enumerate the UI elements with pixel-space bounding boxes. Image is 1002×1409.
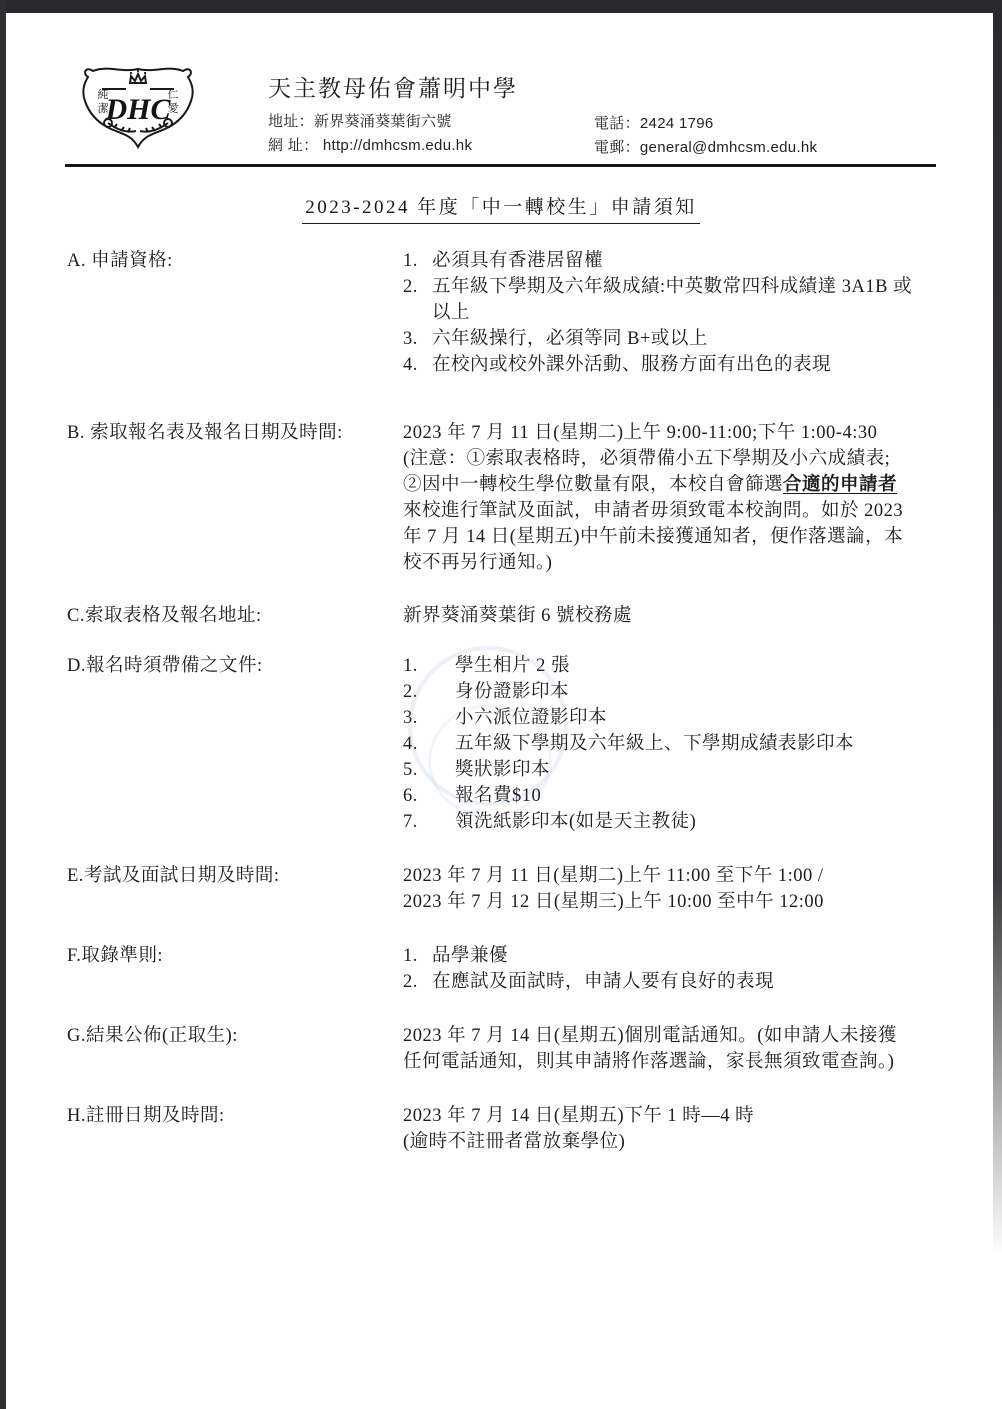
section-E-content: 2023 年 7 月 11 日(星期二)上午 11:00 至下午 1:00 /2… [403,863,952,915]
address-line: 地址：新界葵涌葵葉街六號 [268,110,452,131]
section-C-label: C.索取表格及報名地址: [67,603,403,629]
text-row: 1.必須具有香港居留權 [403,248,952,274]
text-row: 2023 年 7 月 11 日(星期二)上午 11:00 至下午 1:00 / [403,863,952,889]
section-D-label: D.報名時須帶備之文件: [67,653,403,679]
list-number: 2. [403,969,432,995]
list-number: 5. [403,757,455,783]
section-H: H.註冊日期及時間:2023 年 7 月 14 日(星期五)下午 1 時—4 時… [67,1103,952,1155]
text-segment: 報名費$10 [455,783,541,809]
list-number: 1. [403,943,432,969]
text-row: ②因中一轉校生學位數量有限，本校自會篩選合適的申請者 [403,472,952,498]
list-number: 2. [403,679,455,705]
text-row: 2.身份證影印本 [403,679,952,705]
section-G-content: 2023 年 7 月 14 日(星期五)個別電話通知。(如申請人未接獲任何電話通… [403,1023,952,1075]
crest-motto-right-top: 仁 [168,88,179,101]
text-segment: 在校內或校外課外活動、服務方面有出色的表現 [432,352,831,378]
email-line: 電郵：general@dmhcsm.edu.hk [594,136,817,157]
text-row: 6.報名費$10 [403,783,952,809]
text-row: 任何電話通知，則其申請將作落選論，家長無須致電查詢。) [403,1049,952,1075]
text-segment: 任何電話通知，則其申請將作落選論，家長無須致電查詢。) [403,1049,894,1075]
text-segment: 品學兼優 [432,943,508,969]
email-label: 電郵： [594,139,640,156]
email-value: general@dmhcsm.edu.hk [640,139,817,156]
list-number: 2. [403,274,432,300]
crest-motto-right-bottom: 愛 [168,102,179,115]
phone-label: 電話： [594,115,640,132]
document-title-text: 2023-2024 年度「中一轉校生」申請須知 [302,192,700,224]
crest-motto-left-top: 純 [98,87,109,101]
list-number: 3. [403,326,432,352]
crest-motto-left-bottom: 潔 [98,101,109,115]
text-segment: 必須具有香港居留權 [432,248,603,274]
school-crest-icon: DHC 純 潔 仁 愛 [78,62,198,156]
website-label: 網 址： [268,137,318,154]
text-row: 1.品學兼優 [403,943,952,969]
list-number: 3. [403,705,455,731]
text-row: 3.六年級操行，必須等同 B+或以上 [403,326,952,352]
crest-monogram: DHC [104,93,171,126]
document-title: 2023-2024 年度「中一轉校生」申請須知 [0,192,1002,224]
list-number: 4. [403,731,455,757]
emphasized-text: 合適的申請者 [783,472,897,498]
text-segment: 2023 年 7 月 14 日(星期五)個別電話通知。(如申請人未接獲 [403,1023,897,1049]
text-segment: 在應試及面試時，申請人要有良好的表現 [432,969,774,995]
text-row: 來校進行筆試及面試，申請者毋須致電本校詢問。如於 2023 [403,498,952,524]
text-segment: 2023 年 7 月 11 日(星期二)上午 11:00 至下午 1:00 / [403,863,824,889]
list-number: 1. [403,248,432,274]
school-name: 天主教母佑會蕭明中學 [268,70,518,103]
list-number: 7. [403,809,455,835]
text-row: 2.在應試及面試時，申請人要有良好的表現 [403,969,952,995]
text-row: 2.五年級下學期及六年級成績:中英數常四科成績達 3A1B 或 [403,274,952,300]
text-row: 4.在校內或校外課外活動、服務方面有出色的表現 [403,352,952,378]
address-value: 新界葵涌葵葉街六號 [314,113,452,130]
text-segment: 2023 年 7 月 11 日(星期二)上午 9:00-11:00;下午 1:0… [403,420,877,446]
section-B-label: B. 索取報名表及報名日期及時間: [67,420,403,446]
scan-edge-top [0,0,1002,13]
text-row: 2023 年 7 月 12 日(星期三)上午 10:00 至中午 12:00 [403,889,952,915]
text-segment: 年 7 月 14 日(星期五)中午前未接獲通知者，便作落選論，本 [403,524,903,550]
section-A-label: A. 申請資格: [67,248,403,274]
section-G-label: G.結果公佈(正取生): [67,1023,403,1049]
section-B: B. 索取報名表及報名日期及時間:2023 年 7 月 11 日(星期二)上午 … [67,420,952,576]
text-row: 5.獎狀影印本 [403,757,952,783]
text-segment: 五年級下學期及六年級成績:中英數常四科成績達 3A1B 或 [432,274,912,300]
text-segment: 以上 [432,300,470,326]
text-segment: 2023 年 7 月 14 日(星期五)下午 1 時—4 時 [403,1103,754,1129]
text-row: (注意：①索取表格時，必須帶備小五下學期及小六成績表; [403,446,952,472]
list-number: 4. [403,352,432,378]
header-divider [65,164,936,167]
section-H-content: 2023 年 7 月 14 日(星期五)下午 1 時—4 時(逾時不註冊者當放棄… [403,1103,952,1155]
section-E: E.考試及面試日期及時間:2023 年 7 月 11 日(星期二)上午 11:0… [67,863,952,915]
text-row: 1.學生相片 2 張 [403,653,952,679]
text-row: 2023 年 7 月 11 日(星期二)上午 9:00-11:00;下午 1:0… [403,420,952,446]
scanned-notice-page: DHC 純 潔 仁 愛 天主教母佑會蕭明中學 地址：新界葵涌葵葉街六號 網 址：… [0,0,1002,1409]
phone-value: 2424 1796 [640,115,714,132]
section-D: D.報名時須帶備之文件:1.學生相片 2 張2.身份證影印本3.小六派位證影印本… [67,653,952,835]
text-row: 年 7 月 14 日(星期五)中午前未接獲通知者，便作落選論，本 [403,524,952,550]
section-B-content: 2023 年 7 月 11 日(星期二)上午 9:00-11:00;下午 1:0… [403,420,952,576]
text-segment: 新界葵涌葵葉街 6 號校務處 [403,603,632,629]
text-row: 2023 年 7 月 14 日(星期五)個別電話通知。(如申請人未接獲 [403,1023,952,1049]
scan-edge-right [993,0,1002,1255]
text-segment: 校不再另行通知。) [403,550,552,576]
text-segment: 2023 年 7 月 12 日(星期三)上午 10:00 至中午 12:00 [403,889,824,915]
list-number [403,300,432,326]
address-label: 地址： [268,113,314,130]
section-A: A. 申請資格:1.必須具有香港居留權2.五年級下學期及六年級成績:中英數常四科… [67,248,952,378]
section-F-label: F.取錄準則: [67,943,403,969]
section-F-content: 1.品學兼優2.在應試及面試時，申請人要有良好的表現 [403,943,952,995]
website-line: 網 址： http://dmhcsm.edu.hk [268,134,472,155]
text-row: 4.五年級下學期及六年級上、下學期成績表影印本 [403,731,952,757]
section-A-content: 1.必須具有香港居留權2.五年級下學期及六年級成績:中英數常四科成績達 3A1B… [403,248,952,378]
phone-line: 電話：2424 1796 [594,112,714,133]
section-F: F.取錄準則:1.品學兼優2.在應試及面試時，申請人要有良好的表現 [67,943,952,995]
section-H-label: H.註冊日期及時間: [67,1103,403,1129]
text-row: 以上 [403,300,952,326]
text-row: 3.小六派位證影印本 [403,705,952,731]
text-segment: 身份證影印本 [455,679,569,705]
text-segment: 來校進行筆試及面試，申請者毋須致電本校詢問。如於 2023 [403,498,903,524]
text-segment: (注意：①索取表格時，必須帶備小五下學期及小六成績表; [403,446,890,472]
text-segment: 小六派位證影印本 [455,705,607,731]
text-row: (逾時不註冊者當放棄學位) [403,1129,952,1155]
text-segment: 五年級下學期及六年級上、下學期成績表影印本 [455,731,854,757]
text-segment: (逾時不註冊者當放棄學位) [403,1129,625,1155]
text-segment: 領洗紙影印本(如是天主教徒) [455,809,696,835]
text-row: 新界葵涌葵葉街 6 號校務處 [403,603,952,629]
notice-sections: A. 申請資格:1.必須具有香港居留權2.五年級下學期及六年級成績:中英數常四科… [67,248,952,1155]
section-E-label: E.考試及面試日期及時間: [67,863,403,889]
text-row: 校不再另行通知。) [403,550,952,576]
text-row: 7.領洗紙影印本(如是天主教徒) [403,809,952,835]
section-C: C.索取表格及報名地址:新界葵涌葵葉街 6 號校務處 [67,603,952,629]
text-segment: 學生相片 2 張 [455,653,570,679]
list-number: 1. [403,653,455,679]
text-segment: ②因中一轉校生學位數量有限，本校自會篩選 [403,472,783,498]
list-number: 6. [403,783,455,809]
section-C-content: 新界葵涌葵葉街 6 號校務處 [403,603,952,629]
text-segment: 獎狀影印本 [455,757,550,783]
text-segment: 六年級操行，必須等同 B+或以上 [432,326,708,352]
section-G: G.結果公佈(正取生):2023 年 7 月 14 日(星期五)個別電話通知。(… [67,1023,952,1075]
text-row: 2023 年 7 月 14 日(星期五)下午 1 時—4 時 [403,1103,952,1129]
section-D-content: 1.學生相片 2 張2.身份證影印本3.小六派位證影印本4.五年級下學期及六年級… [403,653,952,835]
website-value: http://dmhcsm.edu.hk [323,137,472,154]
